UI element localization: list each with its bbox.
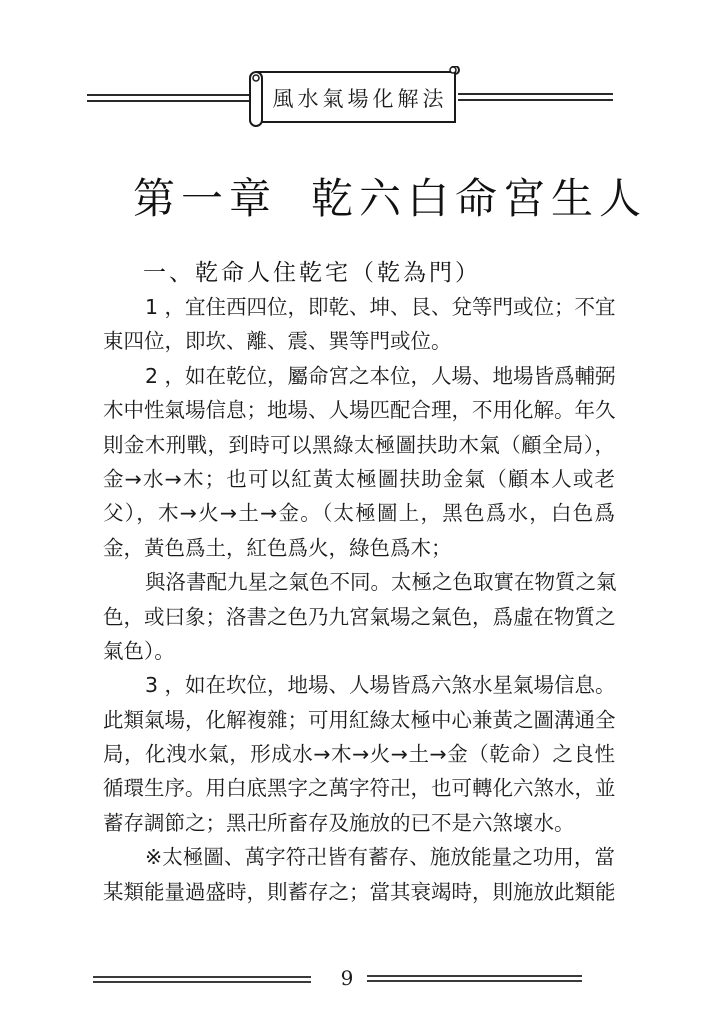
chapter-name: 乾六白命宮生人 xyxy=(311,174,647,223)
text-line: 木中性氣場信息；地場、人場匹配合理，不用化解。年久 xyxy=(103,393,615,427)
footer-double-rule-left xyxy=(93,976,311,983)
footer-double-rule-right xyxy=(367,975,582,982)
text-line: 東四位，即坎、離、震、巽等門或位。 xyxy=(103,324,615,358)
text-line: 金，黃色爲土，紅色爲火，綠色爲木； xyxy=(103,531,615,565)
text-line: 局，化洩水氣，形成水→木→火→土→金（乾命）之良性 xyxy=(103,737,615,771)
text-line: ※太極圖、萬字符卍皆有蓄存、施放能量之功用，當 xyxy=(103,840,615,874)
text-line: 3 ，如在坎位，地場、人場皆爲六煞水星氣場信息。 xyxy=(103,668,615,702)
text-line: 1 ，宜住西四位，即乾、坤、艮、兌等門或位；不宜 xyxy=(103,290,615,324)
text-line: 色，或曰象；洛書之色乃九宮氣場之氣色，爲虛在物質之 xyxy=(103,600,615,634)
text-line: 某類能量過盛時，則蓄存之；當其衰竭時，則施放此類能 xyxy=(103,875,615,909)
text-line: 氣色）。 xyxy=(103,634,615,668)
body-text: 1 ，宜住西四位，即乾、坤、艮、兌等門或位；不宜 東四位，即坎、離、震、巽等門或… xyxy=(103,290,615,909)
page-number: 9 xyxy=(330,966,364,990)
chapter-number: 第一章 xyxy=(133,174,277,223)
header-double-rule-right xyxy=(458,93,613,101)
header-scroll-banner: 風水氣場化解法 xyxy=(247,66,461,130)
text-line: 蓄存調節之；黑卍所畜存及施放的已不是六煞壞水。 xyxy=(103,806,615,840)
text-line: 則金木刑戰，到時可以黑綠太極圖扶助木氣（顧全局）， xyxy=(103,428,615,462)
book-page: 風水氣場化解法 第一章乾六白命宮生人 一、乾命人住乾宅（乾為門） 1 ，宜住西四… xyxy=(0,0,724,1024)
text-line: 2 ，如在乾位，屬命宮之本位，人場、地場皆爲輔弼 xyxy=(103,359,615,393)
chapter-title: 第一章乾六白命宮生人 xyxy=(133,166,593,226)
text-line: 金→水→木；也可以紅黃太極圖扶助金氣（顧本人或老 xyxy=(103,462,615,496)
section-heading: 一、乾命人住乾宅（乾為門） xyxy=(143,254,481,287)
book-title: 風水氣場化解法 xyxy=(269,83,451,113)
text-line: 與洛書配九星之氣色不同。太極之色取實在物質之氣 xyxy=(103,565,615,599)
header-double-rule-left xyxy=(87,94,250,102)
text-line: 此類氣場，化解複雜；可用紅綠太極中心兼黃之圖溝通全 xyxy=(103,703,615,737)
text-line: 父），木→火→土→金。（太極圖上，黑色爲水，白色爲 xyxy=(103,496,615,530)
text-line: 循環生序。用白底黑字之萬字符卍，也可轉化六煞水，並 xyxy=(103,771,615,805)
